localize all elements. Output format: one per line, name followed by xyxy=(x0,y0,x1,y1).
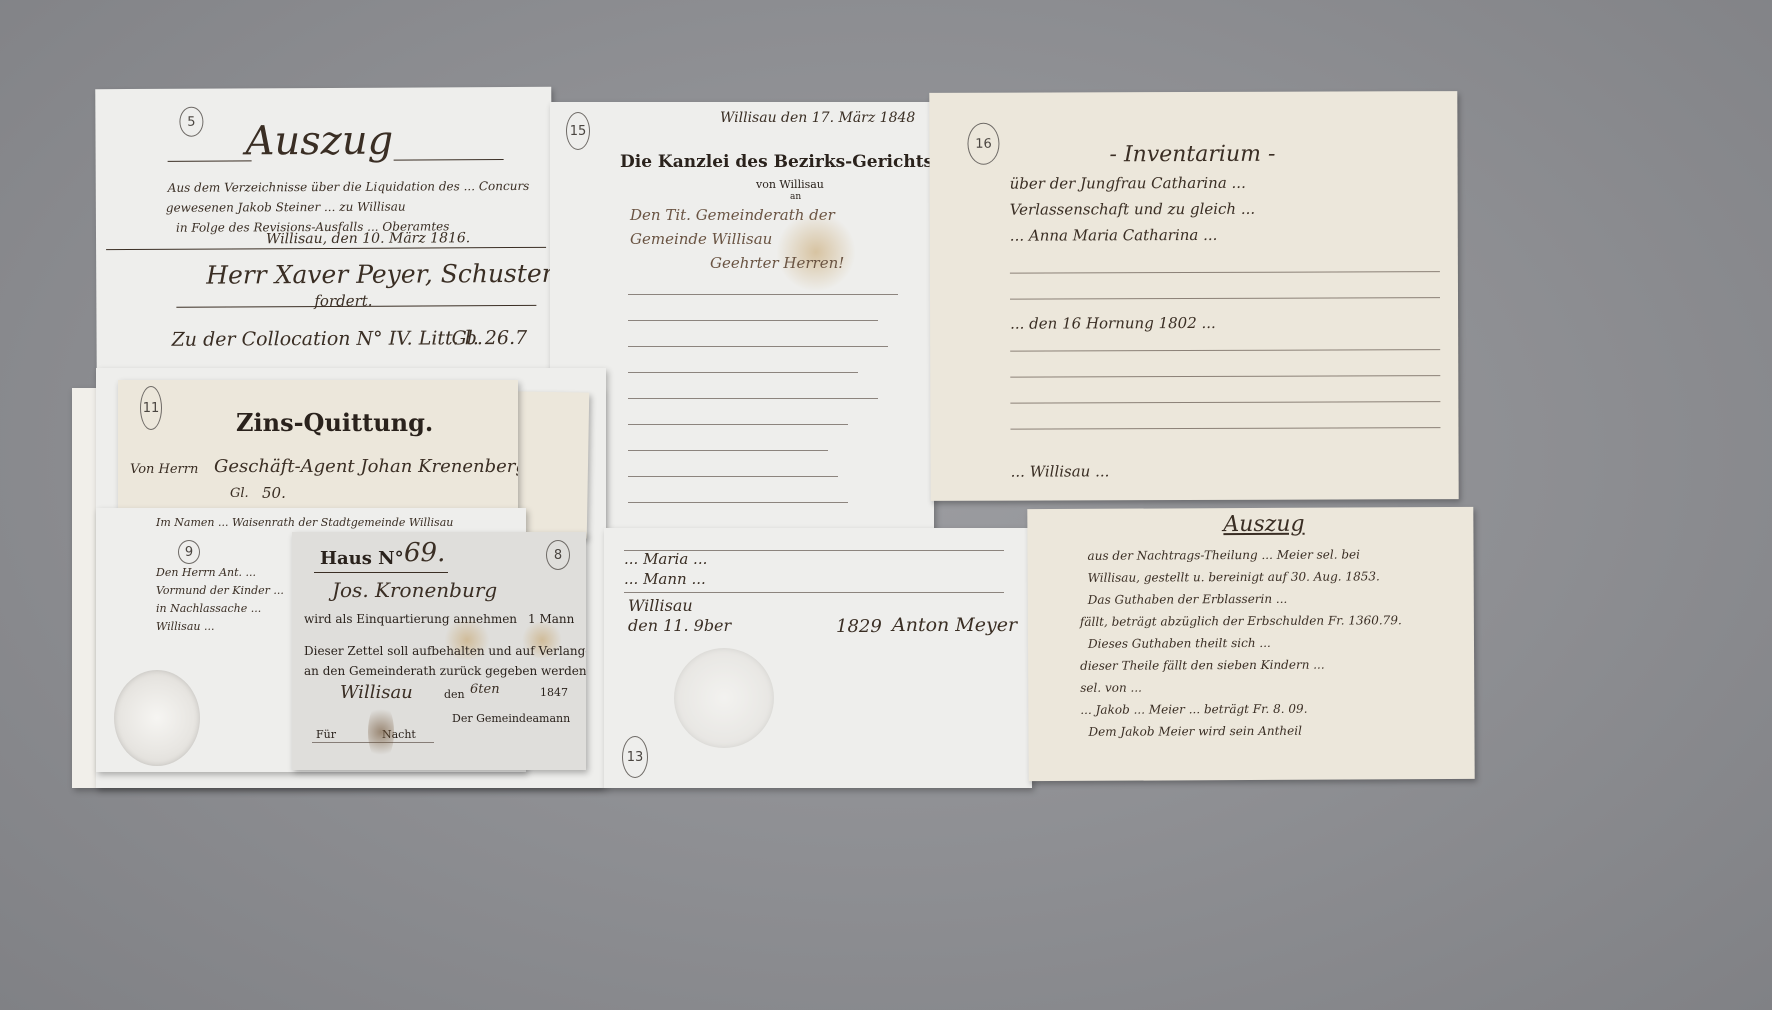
document-inventarium: 16 - Inventarium - über der Jungfrau Cat… xyxy=(929,91,1458,501)
date: den 11. 9ber xyxy=(628,616,731,635)
body-line: fällt, beträgt abzüglich der Erbschulden… xyxy=(1080,613,1402,629)
handwriting-line xyxy=(1010,349,1440,352)
handwriting-line xyxy=(628,346,888,347)
addressee-sub: fordert. xyxy=(314,292,372,310)
body-line: Aus dem Verzeichnisse über die Liquidati… xyxy=(168,179,530,195)
body-line: ... Mann ... xyxy=(624,570,706,588)
document-title: Zins-Quittung. xyxy=(236,408,433,437)
year: 1829 xyxy=(836,616,882,637)
document-header: Im Namen ... Waisenrath der Stadtgemeind… xyxy=(156,516,453,529)
handwriting-line xyxy=(628,424,848,425)
date-label: den xyxy=(444,688,465,701)
title-rule-right xyxy=(394,159,504,161)
body-line: aus der Nachtrags-Theilung ... Meier sel… xyxy=(1087,547,1359,562)
house-label: Haus N° xyxy=(320,548,404,569)
body-line: in Nachlassache ... xyxy=(156,602,261,615)
letterhead-sub: von Willisau xyxy=(756,178,824,191)
body-line: ... Maria ... xyxy=(624,550,707,568)
body-line: ... den 16 Hornung 1802 ... xyxy=(1010,314,1216,333)
handwriting-line xyxy=(628,502,848,503)
handwriting-line xyxy=(1010,401,1440,404)
billet-line: wird als Einquartierung annehmen xyxy=(304,612,517,626)
footer-fur: Für xyxy=(316,728,336,741)
archive-number-badge: 8 xyxy=(546,540,570,570)
handwriting-line xyxy=(628,450,828,451)
place: Willisau xyxy=(340,682,413,703)
archive-number-badge: 13 xyxy=(622,736,648,778)
occupant-name: Jos. Kronenburg xyxy=(332,578,497,602)
year: 1847 xyxy=(540,686,568,699)
signature-label: Der Gemeindeamann xyxy=(452,712,570,725)
body-line: Willisau ... xyxy=(156,620,214,633)
archive-number-badge: 5 xyxy=(179,107,203,137)
body-line: ... Willisau ... xyxy=(1011,462,1110,480)
handwriting-line xyxy=(1010,427,1440,430)
letterhead: Die Kanzlei des Bezirks-Gerichts xyxy=(620,152,933,172)
body-line: Den Herrn Ant. ... xyxy=(156,566,256,579)
date-day: 6ten xyxy=(470,682,500,697)
handwriting-line xyxy=(628,372,858,373)
document-zins-quittung: 11 Zins-Quittung. Von Herrn Geschäft-Age… xyxy=(118,380,518,510)
body-line: dieser Theile fällt den sieben Kindern .… xyxy=(1080,658,1325,673)
wax-seal-stain xyxy=(776,212,856,292)
amount: Gl. 26.7 xyxy=(451,327,527,349)
collocation-line: Zu der Collocation N° IV. Litt. b. xyxy=(171,327,482,351)
body-line: gewesenen Jakob Steiner ... zu Willisau xyxy=(166,200,406,215)
letterhead-an: an xyxy=(790,192,801,202)
body-line: Vormund der Kinder ... xyxy=(156,584,284,597)
archive-number-badge: 16 xyxy=(967,123,999,165)
amount-label: Gl. xyxy=(230,486,249,501)
paper-seal xyxy=(114,670,200,766)
receipt-name: Geschäft-Agent Johan Krenenberg xyxy=(214,456,518,477)
document-title: Auszug xyxy=(1223,512,1304,537)
amount: 50. xyxy=(262,484,286,502)
recipient-line: Gemeinde Willisau xyxy=(630,230,772,248)
house-number: 69. xyxy=(404,538,445,568)
body-line: Das Guthaben der Erblasserin ... xyxy=(1088,592,1288,607)
handwriting-line xyxy=(628,398,878,399)
handwriting-line xyxy=(628,294,898,295)
archive-number-badge: 15 xyxy=(566,112,590,150)
document-title: Auszug xyxy=(245,118,393,165)
date-rule xyxy=(106,247,546,250)
house-rule xyxy=(314,572,448,573)
document-billet-haus-69: 8 Haus N° 69. Jos. Kronenburg wird als E… xyxy=(292,532,586,770)
handwriting-line xyxy=(628,320,878,321)
billet-line: an den Gemeinderath zurück gegeben werde… xyxy=(304,664,586,678)
document-auszug-1853: Auszug aus der Nachtrags-Theilung ... Me… xyxy=(1027,507,1474,781)
handwriting-line xyxy=(624,592,1004,593)
dateline: Willisau, den 10. März 1816. xyxy=(266,230,470,247)
archive-number-badge: 11 xyxy=(140,386,162,430)
billet-line: Dieser Zettel soll aufbehalten und auf V… xyxy=(304,644,586,658)
receipt-prefix: Von Herrn xyxy=(130,462,198,477)
addressee: Herr Xaver Peyer, Schuster zu Willisau xyxy=(206,258,553,290)
document-bezirksgericht-letter: 15 Willisau den 17. März 1848 Die Kanzle… xyxy=(550,102,934,538)
body-line: Willisau, gestellt u. bereinigt auf 30. … xyxy=(1088,569,1380,585)
place: Willisau xyxy=(628,596,693,615)
signature: Anton Meyer xyxy=(892,614,1017,636)
body-line: Dieses Guthaben theilt sich ... xyxy=(1088,636,1271,651)
handwriting-line xyxy=(628,476,838,477)
body-line: ... Anna Maria Catharina ... xyxy=(1010,226,1218,245)
body-line: sel. von ... xyxy=(1080,681,1142,695)
embossed-paper-seal xyxy=(674,648,774,748)
handwriting-line xyxy=(1010,271,1440,274)
document-meyer-1829: ... Maria ... ... Mann ... Willisau den … xyxy=(604,528,1032,788)
document-auszug-1816: 5 Auszug Aus dem Verzeichnisse über die … xyxy=(95,87,553,379)
body-line: ... Jakob ... Meier ... beträgt Fr. 8. 0… xyxy=(1080,702,1307,717)
body-line: Dem Jakob Meier wird sein Antheil xyxy=(1088,724,1302,739)
body-line: über der Jungfrau Catharina ... xyxy=(1010,174,1246,193)
handwriting-line xyxy=(1010,375,1440,378)
ink-stain xyxy=(368,702,394,762)
dateline: Willisau den 17. März 1848 xyxy=(720,110,915,126)
handwriting-line xyxy=(624,550,1004,551)
archive-number-badge: 9 xyxy=(178,540,200,564)
document-title: - Inventarium - xyxy=(1109,142,1275,168)
body-line: Verlassenschaft und zu gleich ... xyxy=(1010,200,1256,219)
title-rule-left xyxy=(168,160,252,161)
handwriting-line xyxy=(1010,297,1440,300)
salutation: Geehrter Herren! xyxy=(710,254,844,272)
